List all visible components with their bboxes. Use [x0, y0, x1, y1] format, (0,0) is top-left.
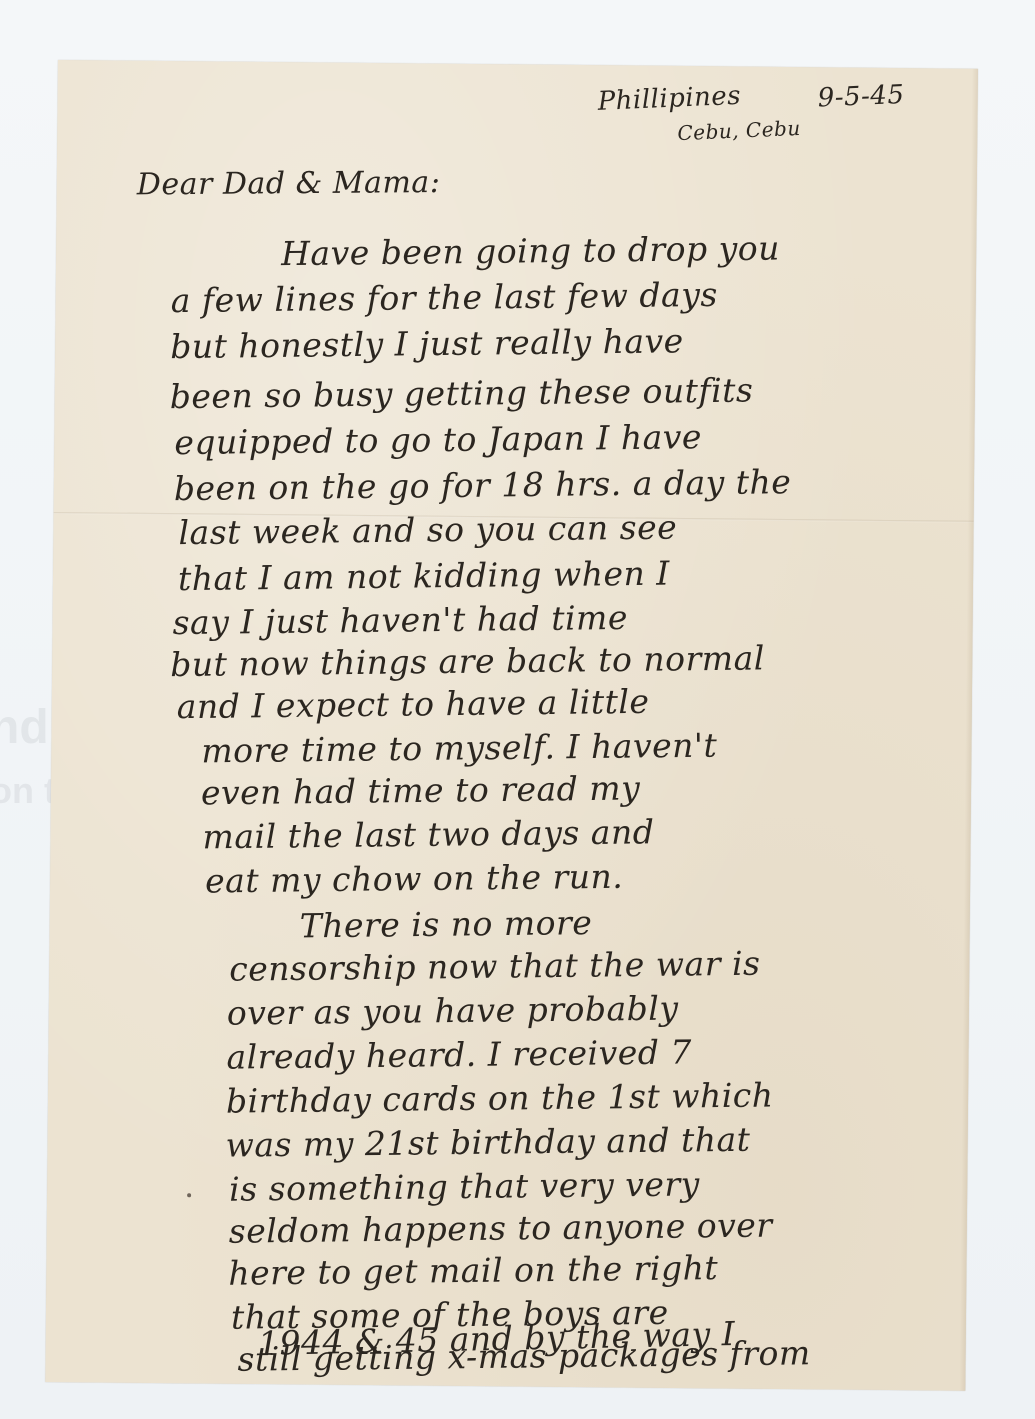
letter-city: Cebu, Cebu: [677, 116, 801, 145]
letter-line: over as you have probably: [227, 989, 679, 1033]
letter-line: censorship now that the war is: [229, 944, 761, 989]
letter-line: was my 21st birthday and that: [225, 1120, 750, 1165]
letter-line: mail the last two days and: [202, 812, 654, 856]
letter-line: been so busy getting these outfits: [170, 370, 754, 416]
stray-ink-dot: [187, 1193, 191, 1197]
letter-line: Have been going to drop you: [281, 228, 780, 273]
letter-page: Phillipines 9-5-45 Cebu, Cebu Dear Dad &…: [45, 60, 978, 1391]
letter-line: seldom happens to anyone over: [229, 1206, 773, 1251]
letter-line: equipped to go to Japan I have: [174, 417, 702, 462]
letter-line: more time to myself. I haven't: [201, 726, 717, 771]
letter-place: Phillipines: [597, 81, 742, 117]
letter-line: is something that very very: [229, 1164, 700, 1208]
letter-salutation: Dear Dad & Mama:: [137, 165, 441, 202]
letter-line: already heard. I received 7: [226, 1032, 692, 1076]
letter-line: that I am not kidding when I: [178, 554, 670, 599]
letter-line: and I expect to have a little: [177, 682, 650, 726]
letter-line: even had time to read my: [201, 768, 641, 812]
letter-line: but honestly I just really have: [170, 321, 684, 366]
letter-line: There is no more: [299, 903, 592, 945]
show-through-mark: nd: [0, 700, 49, 755]
letter-line: here to get mail on the right: [228, 1248, 718, 1293]
letter-date: 9-5-45: [817, 80, 905, 114]
letter-line: birthday cards on the 1st which: [226, 1075, 774, 1120]
letter-line: eat my chow on the run.: [205, 857, 624, 901]
letter-line: but now things are back to normal: [170, 638, 765, 684]
letter-line: been on the go for 18 hrs. a day the: [174, 462, 792, 508]
letter-line: a few lines for the last few days: [170, 275, 718, 320]
letter-line: say I just haven't had time: [172, 598, 628, 642]
letter-line: last week and so you can see: [178, 508, 677, 553]
